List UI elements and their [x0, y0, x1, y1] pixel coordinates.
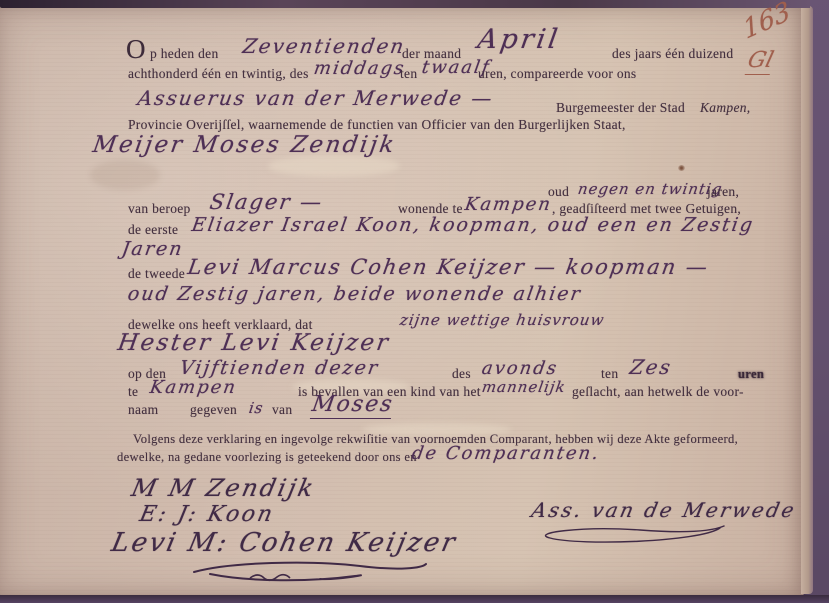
- printed-jaren: jaren,: [707, 184, 739, 200]
- hw-witness1-cont: Jaren: [120, 238, 185, 260]
- printed-achthonderd: achthonderd één en twintig, des: [128, 66, 309, 82]
- printed-des-jaars: des jaars één duizend: [612, 46, 733, 62]
- hw-profession: Slager —: [208, 190, 325, 214]
- signature-witness2: Levi M: Cohen Keijzer: [109, 528, 460, 558]
- signature-flourish-official: [520, 524, 730, 548]
- hw-child-name: Moses: [310, 392, 396, 419]
- printed-uren-stamp: uren: [738, 367, 764, 382]
- hw-witness1: Eliazer Israel Koon, koopman, oud een en…: [190, 214, 756, 236]
- printed-closing-line2: dewelke, na gedane voorlezing is geteeke…: [117, 450, 417, 465]
- hw-witness2: Levi Marcus Cohen Keijzer — koopman —: [186, 255, 711, 279]
- hw-daypart-middags: middags: [312, 58, 407, 79]
- printed-city-kampen: Kampen,: [700, 100, 750, 116]
- scan-bottom-edge: [0, 595, 829, 603]
- printed-de-eerste: de eerste: [128, 222, 178, 238]
- hw-residence: Kampen: [463, 194, 553, 215]
- printed-des: des: [452, 366, 471, 382]
- printed-ten: ten: [400, 66, 417, 82]
- signature-flourish-witness2: [190, 558, 430, 584]
- printed-gegeven: gegeven: [190, 402, 237, 418]
- hw-birth-date: Vijftienden dezer: [178, 357, 381, 379]
- signature-witness1: E: J: Koon: [137, 502, 277, 527]
- printed-burgemeester: Burgemeester der Stad: [556, 100, 685, 116]
- signature-official: Ass. van de Merwede: [529, 498, 798, 522]
- printed-drop-cap: O: [126, 36, 146, 63]
- hw-is: is: [248, 399, 265, 417]
- printed-te: te: [128, 384, 138, 400]
- hw-day-of-month: Zeventienden: [241, 34, 407, 58]
- scan-top-edge: [0, 0, 810, 8]
- printed-van-beroep: van beroep: [128, 201, 191, 217]
- printed-provincie-overijssel: Provincie Overijſſel, waarnemende de fun…: [128, 117, 626, 133]
- hw-birth-hour: Zes: [628, 355, 674, 379]
- hw-birth-place: Kampen: [148, 377, 238, 398]
- printed-geslacht: geſlacht, aan hetwelk de voor-: [572, 384, 744, 400]
- hw-de-comparanten: de Comparanten.: [410, 443, 601, 464]
- hw-gender: mannelijk: [481, 378, 568, 396]
- paper-stain: [90, 160, 160, 190]
- printed-van: van: [272, 402, 292, 418]
- signature-declarant: M M Zendijk: [129, 474, 318, 502]
- printed-uren-compareerde: uren, compareerde voor ons: [478, 66, 637, 82]
- hw-witness2-cont: oud Zestig jaren, beide wonende alhier: [126, 283, 583, 305]
- hw-daypart-avonds: avonds: [480, 358, 559, 379]
- printed-ten-2: ten: [601, 366, 618, 382]
- hw-mother-name: Hester Levi Keijzer: [116, 330, 392, 356]
- hw-age: negen en twintig: [577, 180, 724, 198]
- printed-de-tweede: de tweede: [128, 266, 185, 282]
- printed-naam: naam: [128, 402, 158, 418]
- hw-official-name: Assuerus van der Merwede —: [136, 86, 495, 110]
- book-page-stack-edge: [801, 6, 813, 594]
- printed-op-heden-den: p heden den: [150, 46, 219, 62]
- ink-spot: [678, 165, 685, 171]
- hw-declarant-name: Meijer Moses Zendijk: [91, 132, 398, 158]
- paper-smudge: [268, 155, 400, 177]
- hw-wettige-huisvrouw: zijne wettige huisvrouw: [399, 311, 606, 329]
- hw-month: April: [476, 24, 563, 55]
